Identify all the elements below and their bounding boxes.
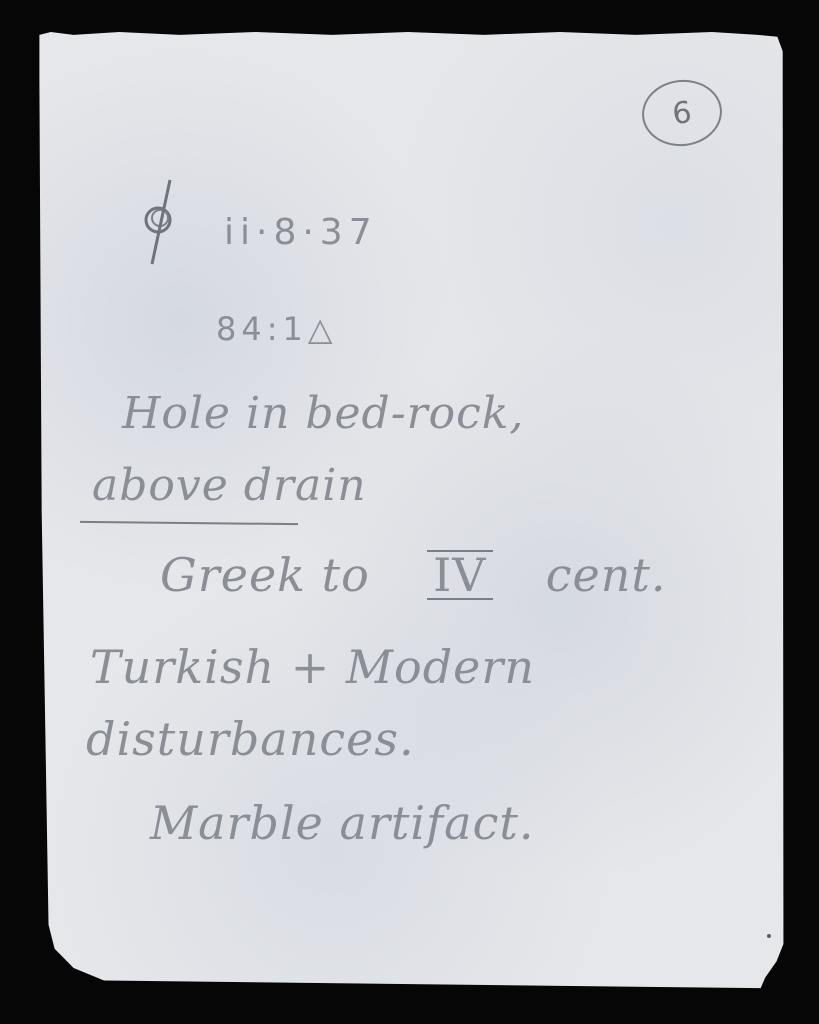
- century-numeral: IV: [427, 550, 492, 600]
- note-line-hole-in-bedrock: Hole in bed-rock,: [122, 388, 524, 439]
- greek-text: Greek to: [160, 548, 370, 602]
- page-number: 6: [671, 95, 694, 132]
- scan-background: 6 ii·8·37 84:1△ Hole in bed-rock, above …: [0, 0, 819, 1024]
- paper-speck: [767, 934, 771, 938]
- note-line-above-drain: above drain: [92, 460, 367, 511]
- note-line-greek-period: Greek to IV cent.: [160, 548, 666, 602]
- note-reference: 84:1△: [216, 310, 337, 348]
- note-date: ii·8·37: [224, 212, 378, 253]
- note-line-turkish-modern: Turkish + Modern: [90, 640, 535, 694]
- cent-text: cent.: [546, 548, 667, 602]
- phi-symbol-icon: [140, 178, 180, 268]
- note-line-disturbances: disturbances.: [86, 712, 415, 766]
- note-line-marble-artifact: Marble artifact.: [150, 796, 534, 850]
